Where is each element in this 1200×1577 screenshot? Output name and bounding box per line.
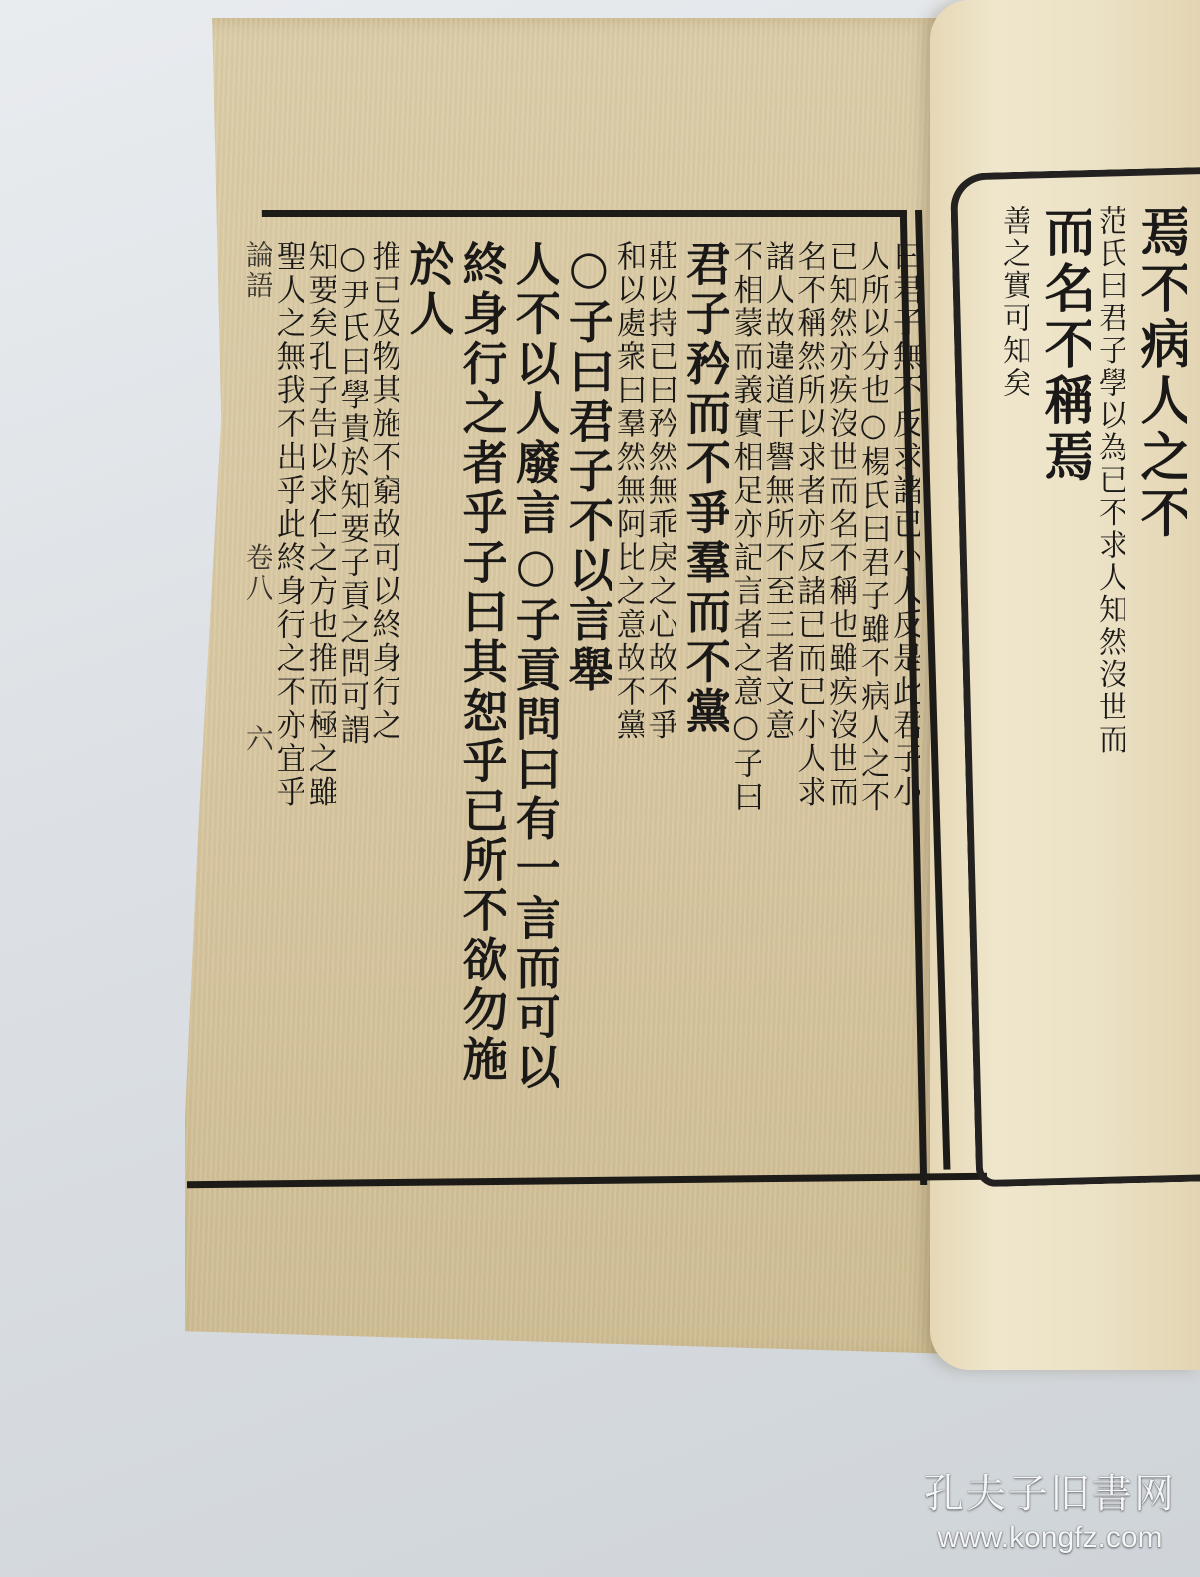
main-text-column: 於人 (399, 240, 452, 1170)
watermark-title: 孔夫子旧書网 (900, 1462, 1200, 1519)
main-text-column: 人不以人廢言○子貢問曰有一言而可以 (506, 240, 559, 1170)
commentary-column: ○尹氏曰學貴於知要子貢之問可謂 (336, 240, 368, 1170)
margin-header: 論語 卷八 六 (240, 240, 272, 1170)
main-text-column: 君子矜而不爭羣而不黨 (676, 240, 729, 1170)
commentary-column: 范氏曰君子學以為已不求人知然沒世而 (1091, 205, 1125, 1135)
commentary-column: 善之實可知矣 (995, 205, 1029, 1135)
left-page-text-columns: 曰君子無不反求諸已小人反是此君子小 人所以分也○楊氏曰君子雖不病人之不 已知然亦… (240, 240, 920, 1170)
book-title: 論語 (242, 240, 272, 300)
main-text-column: 焉不病人之不 (1125, 205, 1187, 1135)
commentary-column: 推已及物其施不窮故可以終身行之 (368, 240, 400, 1170)
commentary-column: 聖人之無我不出乎此終身行之不亦宜乎 (272, 240, 304, 1170)
watermark: 孔夫子旧書网 www.kongfz.com (900, 1462, 1200, 1555)
text-column: 不相蒙而義實相足亦記言者之意○子曰 (729, 240, 761, 1170)
main-text-column: ○子曰君子不以言舉 (559, 240, 612, 1170)
text-column: 曰君子無不反求諸已小人反是此君子小 (888, 240, 920, 1170)
main-text-column: 而名不稱焉 (1029, 205, 1091, 1135)
right-page-text-columns: 焉不病人之不 范氏曰君子學以為已不求人知然沒世而 而名不稱焉 善之實可知矣 (995, 205, 1187, 1165)
commentary-column: 和以處衆曰羣然無阿比之意故不黨 (612, 240, 644, 1170)
commentary-column: 莊以持已曰矜然無乖戾之心故不爭 (644, 240, 676, 1170)
text-column: 諸人故違道干譽無所不至三者文意 (761, 240, 793, 1170)
commentary-column: 知要矣孔子告以求仁之方也推而極之雖 (304, 240, 336, 1170)
text-column: 已知然亦疾沒世而名不稱也雖疾沒世而 (824, 240, 856, 1170)
text-column: 人所以分也○楊氏曰君子雖不病人之不 (856, 240, 888, 1170)
text-column: 名不稱然所以求者亦反諸已而已小人求 (793, 240, 825, 1170)
watermark-url: www.kongfz.com (900, 1521, 1200, 1555)
main-text-column: 終身行之者乎子曰其恕乎已所不欲勿施 (453, 240, 506, 1170)
volume-label: 卷八 (242, 542, 272, 602)
page-number: 六 (242, 724, 272, 754)
